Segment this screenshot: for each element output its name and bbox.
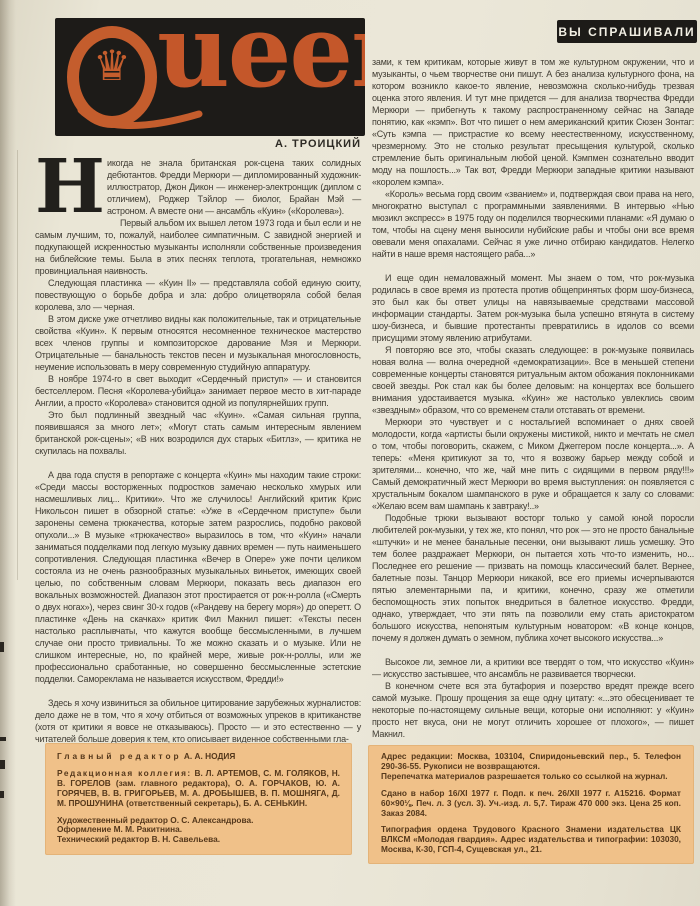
article-paragraph: Я повторяю все это, чтобы сказать следую… <box>372 344 694 416</box>
article-paragraph: И еще один немаловажный момент. Мы знаем… <box>372 272 694 344</box>
editorial-board-line: Редакционная коллегия: В. Л. АРТЕМОВ, С.… <box>57 769 340 809</box>
article-paragraph: А два года спустя в репортаже с концерта… <box>35 469 361 685</box>
chief-editor-name: А. А. НОДИЯ <box>182 751 236 761</box>
article-paragraph: «Король» весьма горд своим «званием» и, … <box>372 188 694 260</box>
reprint-line: Перепечатка материалов разрешается тольк… <box>381 772 681 782</box>
article-paragraph: Это был подлинный звездный час «Куин». «… <box>35 409 361 457</box>
magazine-page: ♛ ueen ВЫ СПРАШИВАЛИ А. ТРОИЦКИЙ Никогда… <box>0 0 700 906</box>
scan-artifact <box>0 760 5 769</box>
article-paragraph: Никогда не знала британская рок-сцена та… <box>35 157 361 217</box>
chief-editor-line: Главный редактор А. А. НОДИЯ <box>57 752 340 762</box>
print-info-line: Сдано в набор 16/XI 1977 г. Подп. к печ.… <box>381 789 681 819</box>
scan-artifact <box>0 642 4 652</box>
crown-icon: ♛ <box>79 42 145 90</box>
editorial-board-label: Редакционная коллегия: <box>57 768 192 778</box>
article-paragraph: Меркюри это чувствует и с ностальгией вс… <box>372 416 694 512</box>
article-paragraph: Подобные трюки вызывают восторг только у… <box>372 512 694 644</box>
article-paragraph: В этом диске уже отчетливо видны как пол… <box>35 313 361 373</box>
queen-logo-text: ueen <box>157 18 365 110</box>
tech-editor-line: Технический редактор В. Н. Савельева. <box>57 835 340 845</box>
scan-edge-shadow <box>0 0 16 906</box>
scan-fold-line <box>17 150 18 580</box>
address-line: Адрес редакции: Москва, 103104, Спиридон… <box>381 752 681 772</box>
chief-editor-label: Главный редактор <box>57 751 182 761</box>
article-paragraph: Высокое ли, земное ли, а критики все тве… <box>372 656 694 680</box>
article-paragraph: зами, к тем критикам, которые живут в то… <box>372 56 694 188</box>
scan-artifact <box>0 737 6 741</box>
article-paragraph: В ноябре 1974-го в свет выходит «Сердечн… <box>35 373 361 409</box>
article-paragraph: Здесь я хочу извиниться за обильное цити… <box>35 697 361 745</box>
you-asked-badge: ВЫ СПРАШИВАЛИ <box>557 20 697 43</box>
editorial-panel: Главный редактор А. А. НОДИЯ Редакционна… <box>45 743 352 855</box>
article-paragraph: Следующая пластинка — «Куин II» — предст… <box>35 277 361 313</box>
paragraph-text: икогда не знала британская рок-сцена так… <box>107 158 361 216</box>
queen-logo-swash <box>75 106 205 132</box>
scan-artifact <box>0 791 4 798</box>
drop-cap: Н <box>35 159 99 217</box>
typography-line: Типография ордена Трудового Красного Зна… <box>381 825 681 855</box>
article-paragraph: В конечном счете вся эта бутафория и поз… <box>372 680 694 740</box>
article-right-column: зами, к тем критикам, которые живут в то… <box>372 56 694 740</box>
queen-logo: ♛ ueen <box>55 18 365 136</box>
article-left-column: Никогда не знала британская рок-сцена та… <box>35 157 361 745</box>
imprint-panel: Адрес редакции: Москва, 103104, Спиридон… <box>368 745 694 864</box>
